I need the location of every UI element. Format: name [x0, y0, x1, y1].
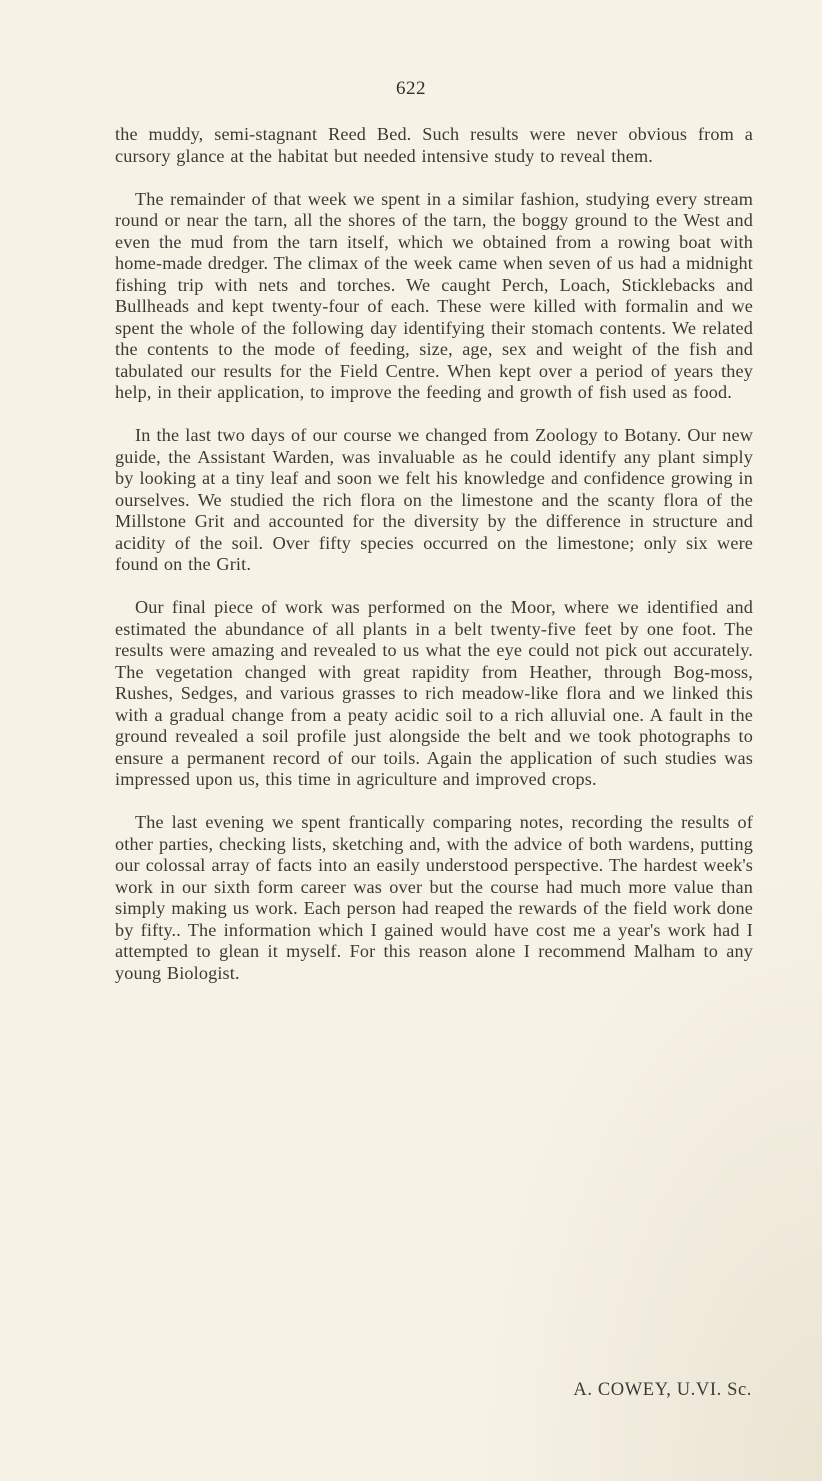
paragraph-continued-reed-bed: the muddy, semi-stagnant Reed Bed. Such … — [115, 124, 753, 167]
author-signature: A. COWEY, U.VI. Sc. — [0, 1380, 752, 1401]
paragraph-botany: In the last two days of our course we ch… — [115, 425, 753, 576]
article-body: the muddy, semi-stagnant Reed Bed. Such … — [115, 124, 753, 1006]
paragraph-fishing-trip: The remainder of that week we spent in a… — [115, 189, 753, 404]
document-page: 622 the muddy, semi-stagnant Reed Bed. S… — [0, 0, 822, 1481]
paragraph-moor-survey: Our final piece of work was performed on… — [115, 597, 753, 791]
page-number: 622 — [0, 78, 822, 100]
paragraph-last-evening: The last evening we spent frantically co… — [115, 812, 753, 984]
